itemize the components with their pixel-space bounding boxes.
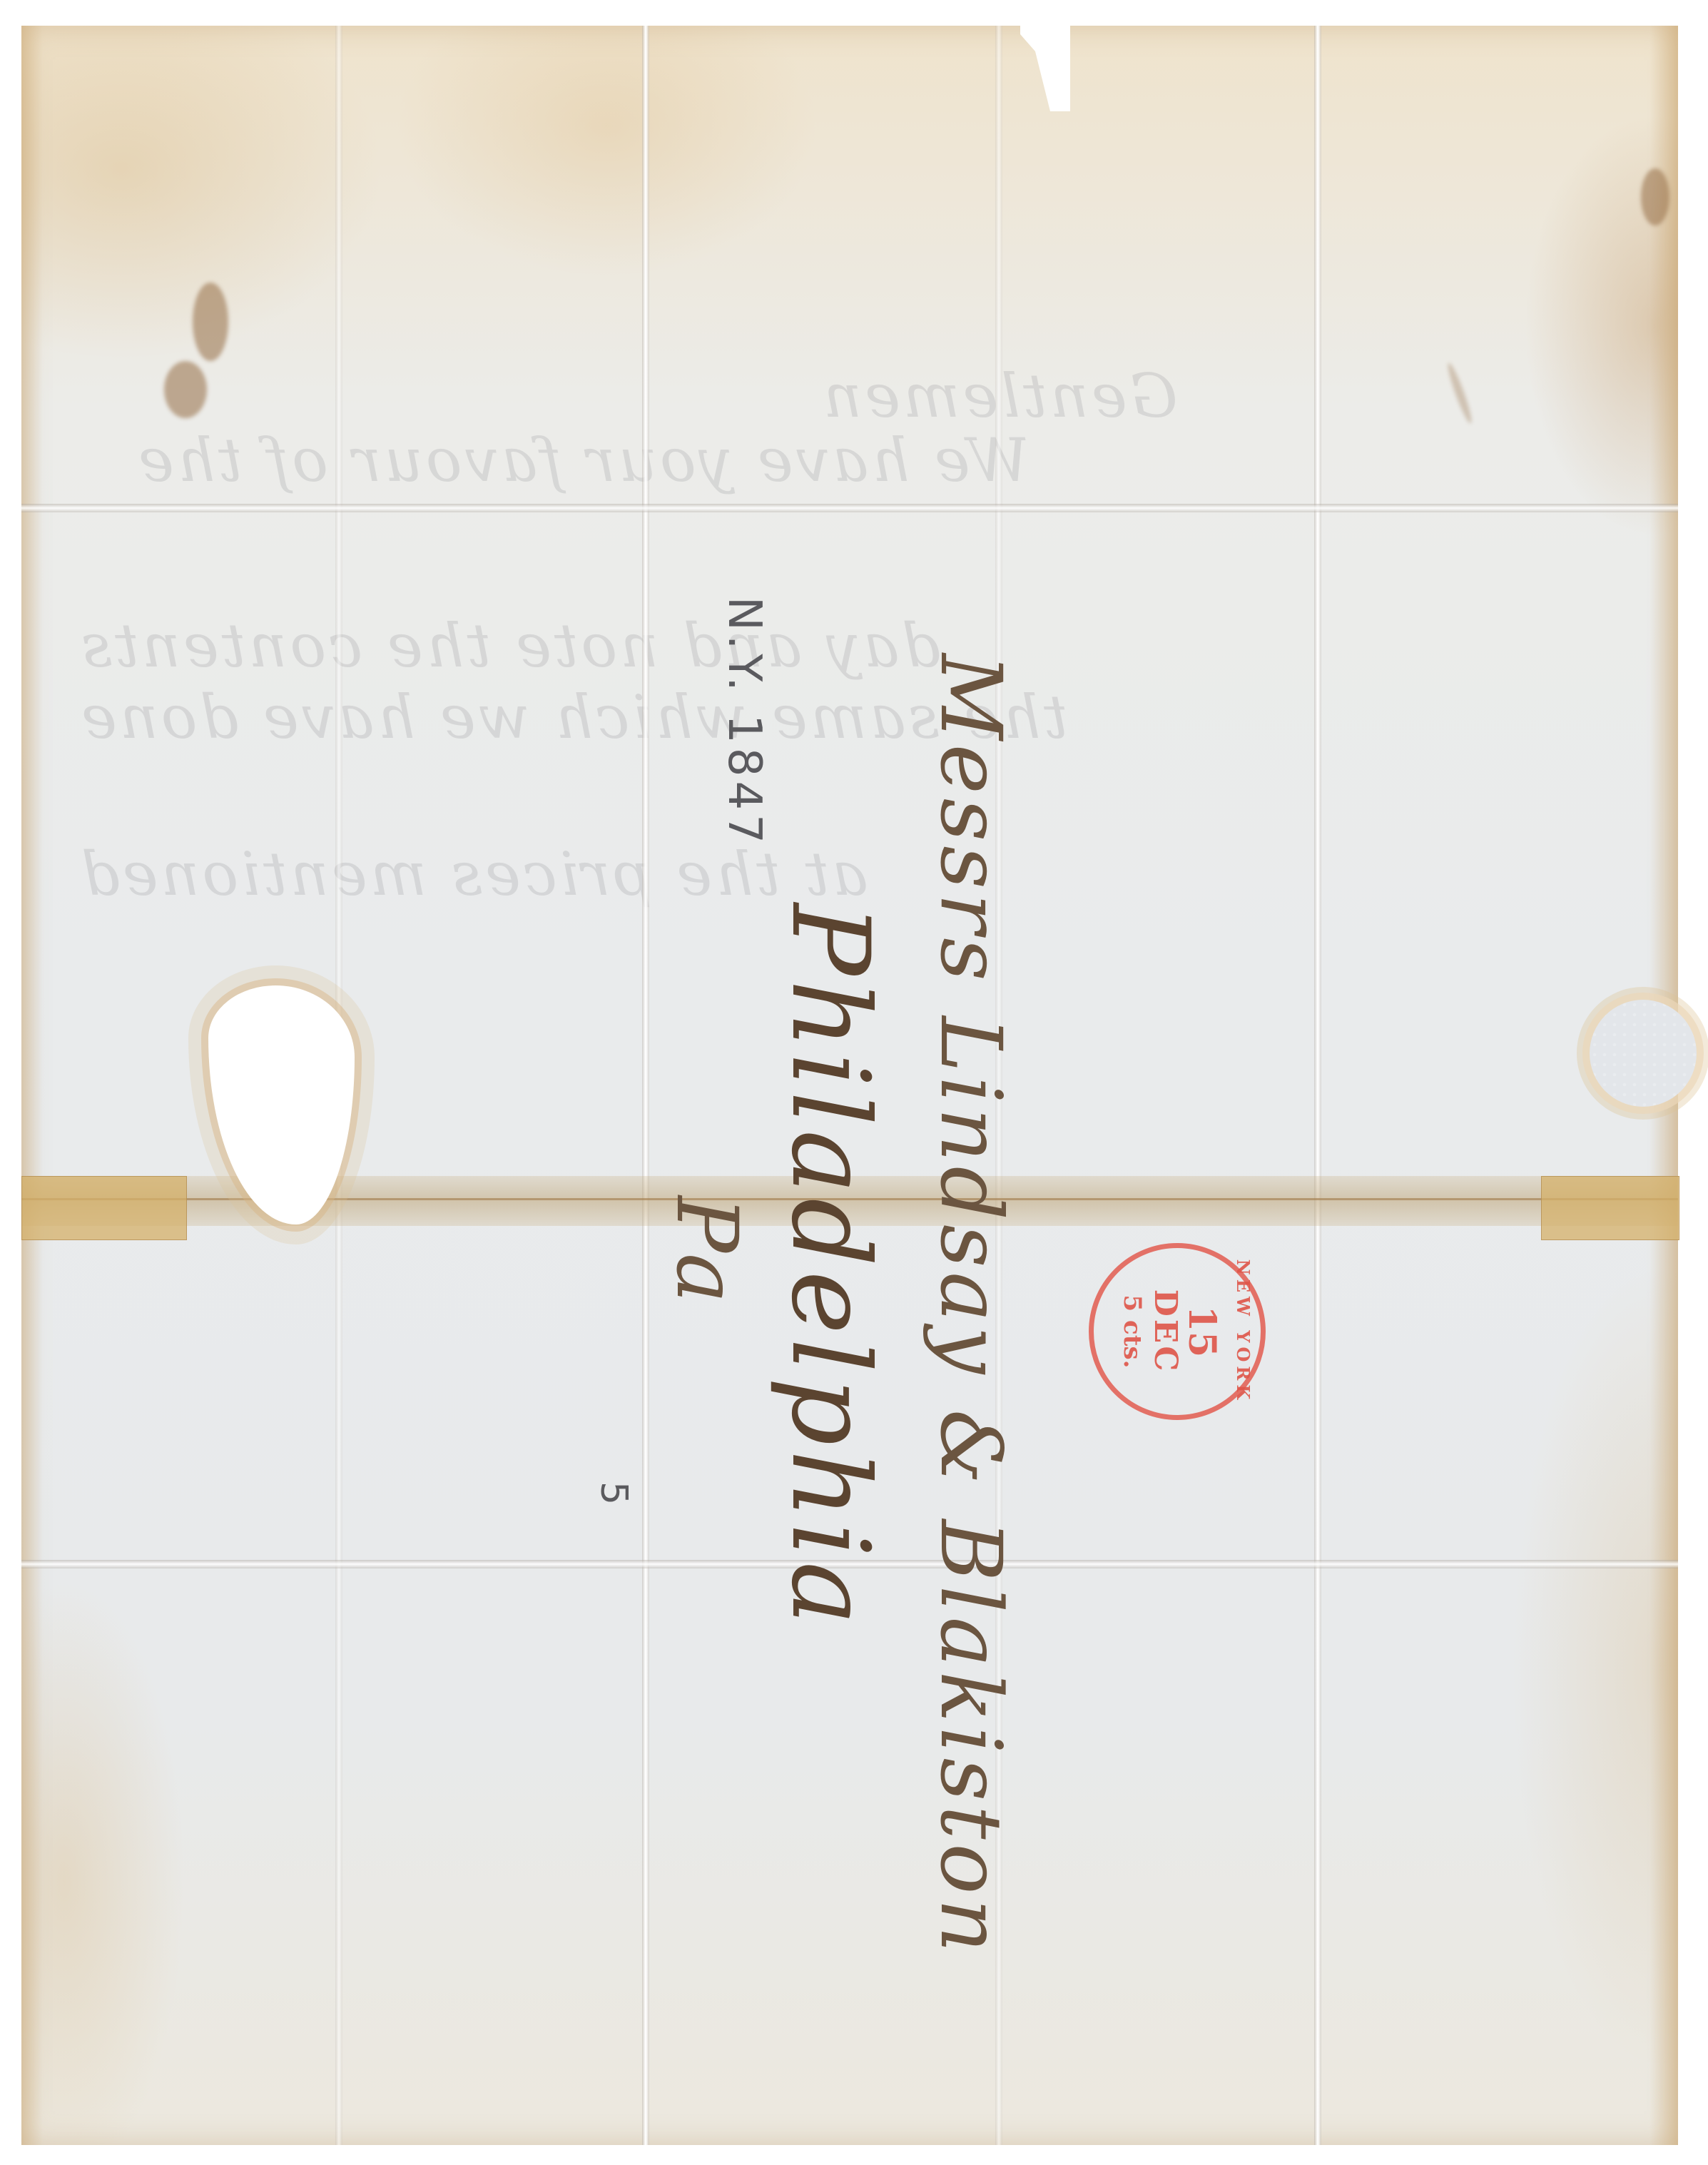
vertical-fold	[642, 26, 649, 2145]
postmark-rim-text: NEW YORK	[1233, 1248, 1254, 1415]
rate-note: 5	[592, 1481, 635, 1505]
bleed-through-line: We have your favour of the	[136, 425, 1030, 495]
stain	[1641, 168, 1669, 225]
address-state: Pa	[658, 1196, 756, 1307]
postmark-cancel: NEW YORK 15 DEC 5 cts.	[1089, 1243, 1266, 1420]
postmark-month: DEC	[1147, 1248, 1184, 1415]
wafer-seal-impression	[1590, 1000, 1697, 1107]
docket-note: N.Y. 1847	[718, 597, 771, 848]
paper-edge-stain-left	[21, 26, 43, 2145]
vertical-fold	[1314, 26, 1321, 2145]
stain	[193, 283, 228, 361]
stain	[164, 361, 207, 418]
bleed-through-line: the same which we have done	[78, 682, 1068, 752]
postmark-day: 15	[1180, 1248, 1224, 1415]
bleed-through-line: day and note the contents	[78, 611, 940, 681]
horizontal-fold	[21, 504, 1678, 512]
torn-notch	[1020, 26, 1070, 111]
tape-end-right	[1541, 1176, 1679, 1240]
address-addressee: Messrs Lindsay & Blakiston	[922, 654, 1020, 1957]
bleed-through-line: at the prices mentioned	[78, 839, 868, 909]
stain	[1445, 362, 1475, 425]
tape-end-left	[21, 1176, 187, 1240]
address-city: Philadelphia	[768, 903, 892, 1630]
letter-sheet: Gentlemen We have your favour of the day…	[21, 26, 1678, 2145]
postmark-rate: 5 cts.	[1118, 1248, 1147, 1415]
